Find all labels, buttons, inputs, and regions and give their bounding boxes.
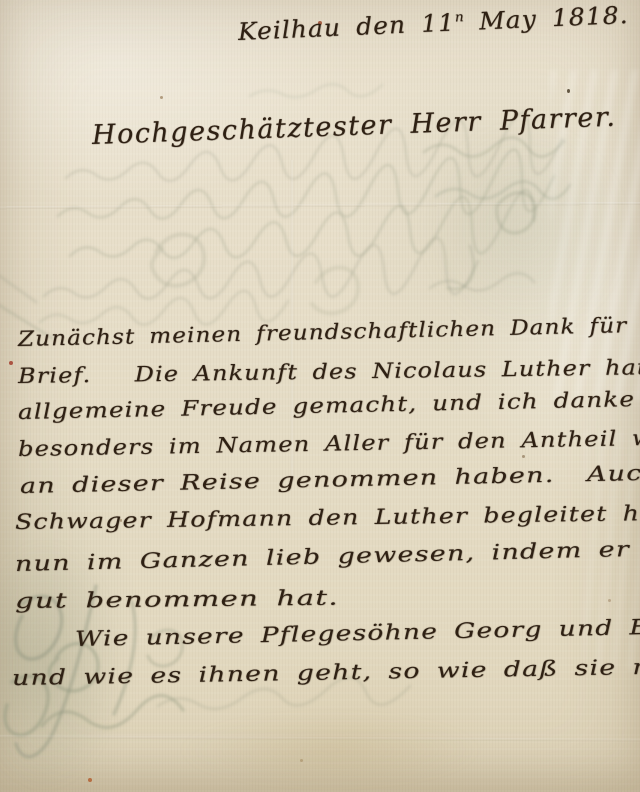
letter-line: gut benommen hat. — [15, 586, 339, 613]
foxing-spot — [160, 96, 163, 99]
foxing-spot — [608, 599, 611, 602]
dateline-day-suffix: n — [455, 10, 464, 25]
stain — [180, 715, 480, 785]
foxing-spot — [300, 759, 303, 762]
foxing-spot — [88, 778, 92, 782]
letter-page: Keilhau den 11n May 1818. Hochgeschätzte… — [0, 0, 640, 792]
dateline-place: Keilhau — [237, 14, 341, 46]
stain — [420, 120, 630, 340]
dateline-den: den — [356, 11, 407, 41]
dateline-day: 11 — [421, 9, 456, 38]
foxing-spot — [567, 89, 570, 93]
foxing-spot — [522, 455, 525, 458]
foxing-spot — [9, 361, 13, 365]
